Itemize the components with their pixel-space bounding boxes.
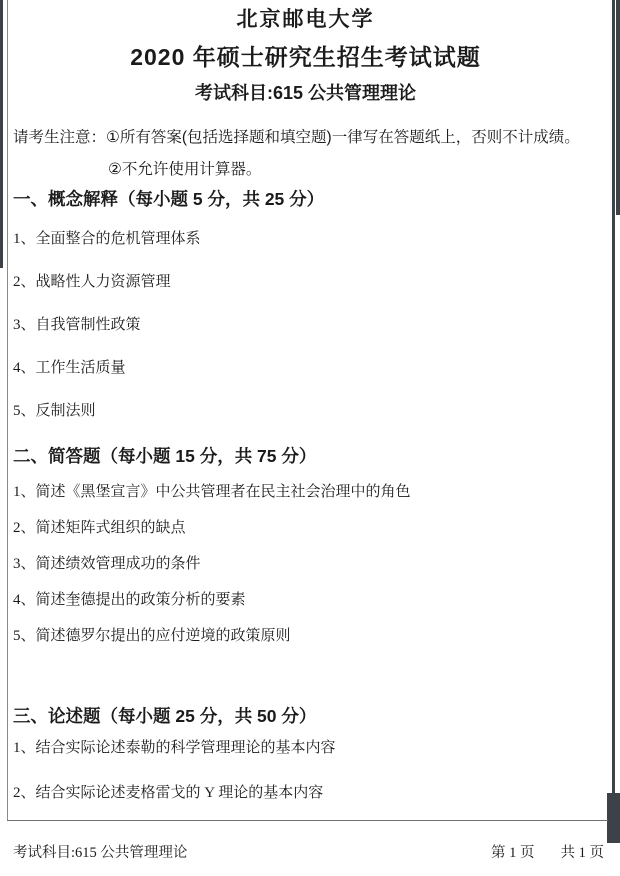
section-1-question-2: 2、战略性人力资源管理 [13, 272, 598, 292]
section-2-heading: 二、简答题（每小题 15 分，共 75 分） [13, 445, 598, 467]
exam-content: 北京邮电大学 2020 年硕士研究生招生考试试题 考试科目:615 公共管理理论… [0, 8, 620, 803]
footer-divider-line [7, 820, 608, 821]
subject-title: 考试科目:615 公共管理理论 [13, 82, 598, 104]
section-2-question-1: 1、简述《黑堡宣言》中公共管理者在民主社会治理中的角色 [13, 482, 598, 502]
exam-title: 2020 年硕士研究生招生考试试题 [13, 43, 598, 71]
footer-page-number: 第 1 页 [491, 844, 535, 862]
section-1-items: 1、全面整合的危机管理体系 2、战略性人力资源管理 3、自我管制性政策 4、工作… [13, 229, 598, 421]
section-2-question-4: 4、简述奎德提出的政策分析的要素 [13, 590, 598, 610]
notice-line-2: ②不允许使用计算器。 [108, 160, 598, 180]
section-1-heading: 一、概念解释（每小题 5 分，共 25 分） [13, 188, 598, 210]
university-title: 北京邮电大学 [13, 8, 598, 32]
footer-page-info: 第 1 页共 1 页 [491, 844, 604, 862]
page-footer: 考试科目:615 公共管理理论 第 1 页共 1 页 [13, 844, 604, 862]
section-2-items: 1、简述《黑堡宣言》中公共管理者在民主社会治理中的角色 2、简述矩阵式组织的缺点… [13, 482, 598, 646]
footer-page-total: 共 1 页 [561, 844, 605, 862]
section-1-question-1: 1、全面整合的危机管理体系 [13, 229, 598, 249]
section-2-question-5: 5、简述德罗尔提出的应付逆境的政策原则 [13, 626, 598, 646]
section-3-items: 1、结合实际论述泰勒的科学管理理论的基本内容 2、结合实际论述麦格雷戈的 Y 理… [13, 738, 598, 803]
section-2-question-3: 3、简述绩效管理成功的条件 [13, 554, 598, 574]
notice-line-1: 请考生注意：①所有答案(包括选择题和填空题)一律写在答题纸上，否则不计成绩。 [13, 128, 598, 148]
section-1-question-3: 3、自我管制性政策 [13, 315, 598, 335]
section-2-question-2: 2、简述矩阵式组织的缺点 [13, 518, 598, 538]
section-1-question-5: 5、反制法则 [13, 401, 598, 421]
section-1-question-4: 4、工作生活质量 [13, 358, 598, 378]
section-3-heading: 三、论述题（每小题 25 分，共 50 分） [13, 705, 598, 727]
footer-subject: 考试科目:615 公共管理理论 [13, 844, 187, 862]
exam-paper-page: 北京邮电大学 2020 年硕士研究生招生考试试题 考试科目:615 公共管理理论… [0, 0, 620, 876]
section-3-question-2: 2、结合实际论述麦格雷戈的 Y 理论的基本内容 [13, 783, 598, 803]
section-3-question-1: 1、结合实际论述泰勒的科学管理理论的基本内容 [13, 738, 598, 758]
